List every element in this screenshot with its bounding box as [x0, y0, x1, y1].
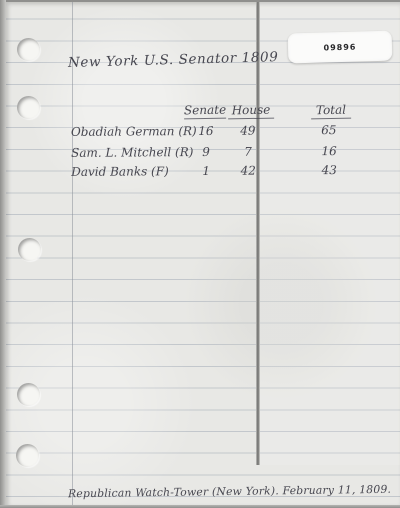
catalog-number: 09896: [323, 42, 356, 52]
candidate-name: Sam. L. Mitchell (R): [71, 145, 193, 160]
total-votes: 43: [311, 163, 347, 177]
candidate-name: Obadiah German (R): [71, 124, 197, 139]
senate-votes: 1: [191, 164, 221, 178]
binder-hole: [17, 38, 40, 61]
binder-hole: [17, 96, 40, 119]
house-votes: 49: [231, 124, 265, 138]
right-page-overlap: [260, 2, 400, 465]
total-votes: 16: [311, 144, 347, 158]
house-votes: 7: [231, 145, 265, 159]
candidate-name: David Banks (F): [71, 164, 169, 179]
scan-edge-top: [0, 0, 400, 2]
margin-rule-line: [72, 2, 73, 505]
page-edge-crease: [256, 0, 260, 465]
scan-edge-left: [0, 0, 6, 508]
binder-hole: [17, 383, 40, 406]
senate-votes: 9: [191, 145, 221, 159]
binder-hole: [18, 238, 41, 261]
column-header-total: Total: [311, 103, 351, 120]
scanned-page: 09896 New York U.S. Senator 1809 Senate …: [0, 0, 400, 508]
house-votes: 42: [231, 164, 265, 178]
binder-hole: [16, 444, 39, 467]
column-header-senate: Senate: [184, 103, 226, 120]
total-votes: 65: [311, 123, 347, 137]
column-header-house: House: [228, 103, 274, 120]
senate-votes: 16: [191, 124, 221, 138]
catalog-sticker: 09896: [288, 31, 393, 64]
